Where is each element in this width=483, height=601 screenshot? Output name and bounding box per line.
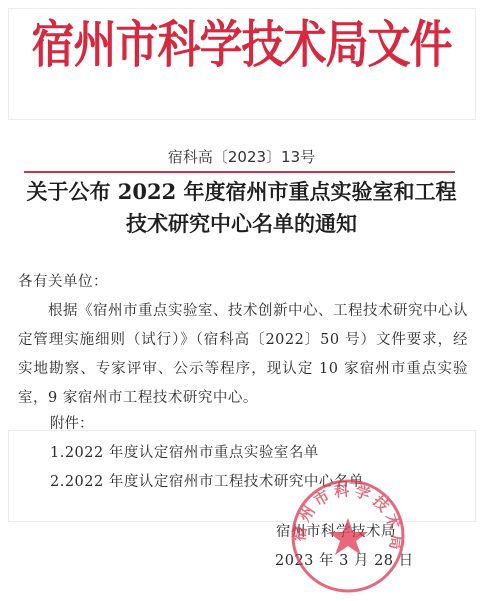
attachment-item: 2.2022 年度认定宿州市工程技术研究中心名单 xyxy=(50,468,364,497)
signing-date: 2023 年 3 月 28 日 xyxy=(275,549,414,570)
document-number: 宿科高〔2023〕13号 xyxy=(0,146,483,167)
attachment-item: 1.2022 年度认定宿州市重点实验室名单 xyxy=(50,439,319,468)
issuer-title: 宿州市科学技术局文件 xyxy=(0,10,483,81)
salutation: 各有关单位： xyxy=(18,268,468,297)
attachments-label: 附件： xyxy=(50,410,94,439)
document-title: 关于公布 2022 年度宿州市重点实验室和工程 技术研究中心名单的通知 xyxy=(0,176,483,240)
body-paragraph: 根据《宿州市重点实验室、技术创新中心、工程技术研究中心认定管理实施细则（试行）》… xyxy=(18,297,468,413)
red-divider xyxy=(24,171,455,173)
signer-name: 宿州市科学技术局 xyxy=(276,520,396,541)
document-title-line-2: 技术研究中心名单的通知 xyxy=(0,208,483,240)
document-title-line-1: 关于公布 2022 年度宿州市重点实验室和工程 xyxy=(0,176,483,208)
